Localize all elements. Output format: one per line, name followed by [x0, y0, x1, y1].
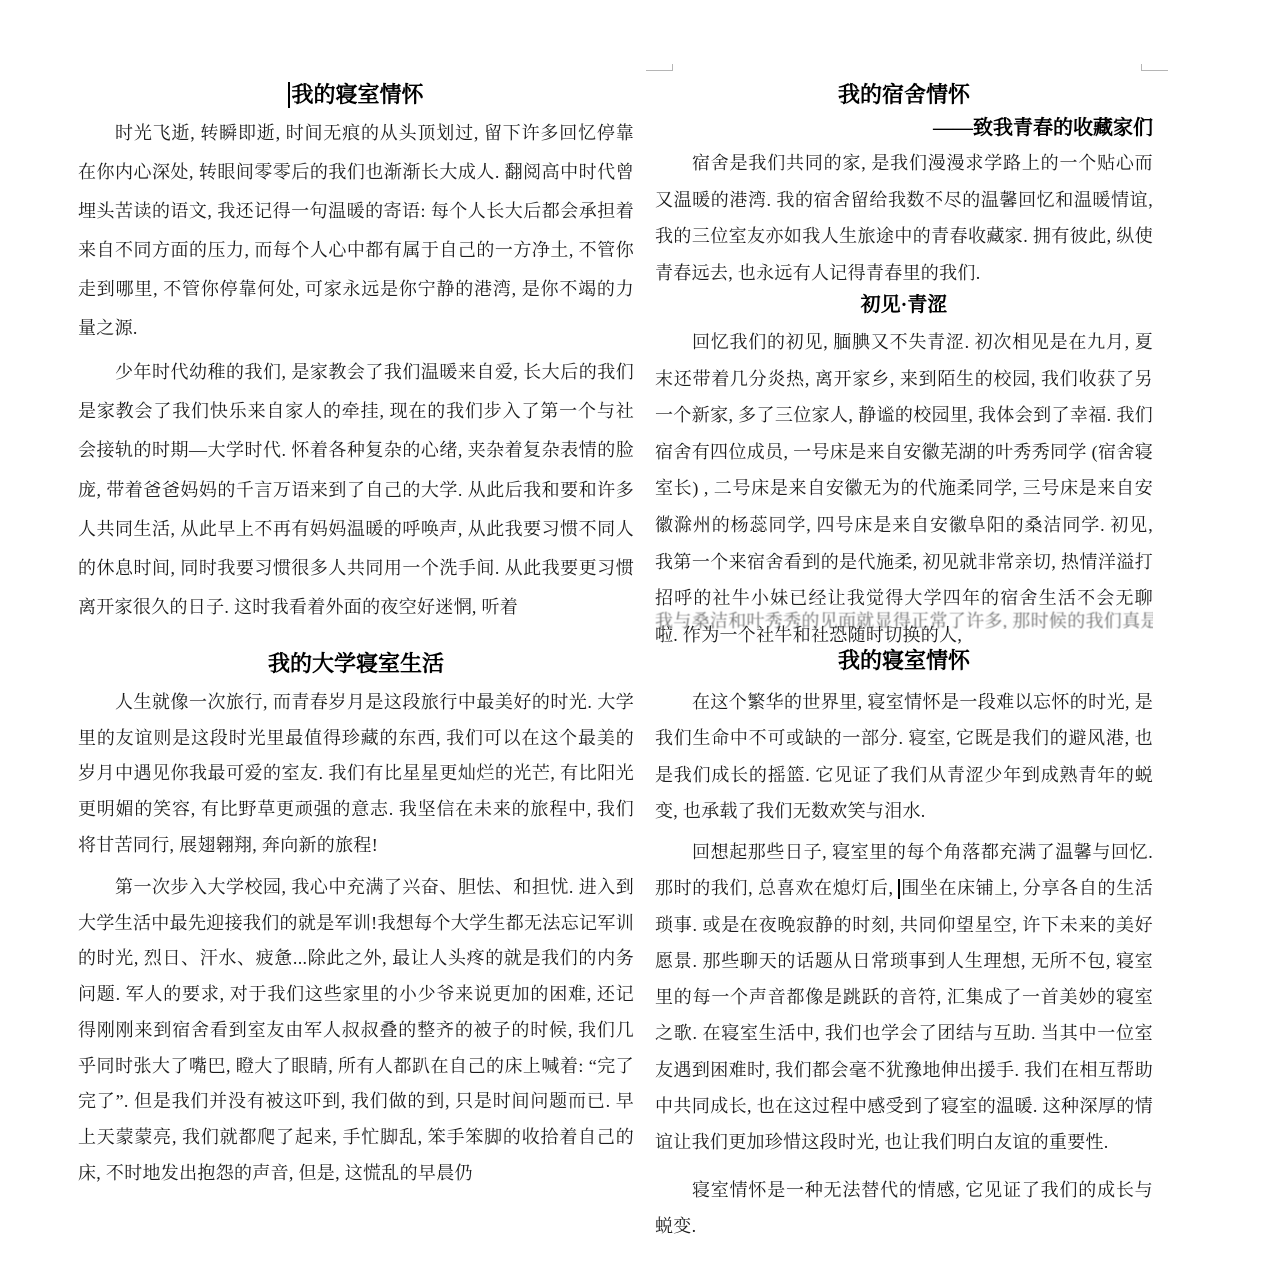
page3-paragraph-1[interactable]: 人生就像一次旅行, 而青春岁月是这段旅行中最美好的时光. 大学里的友谊则是这段时…: [78, 685, 634, 864]
page4-paragraph-3[interactable]: 寝室情怀是一种无法替代的情感, 它见证了我们的成长与蜕变.: [655, 1172, 1153, 1245]
page1-title-text: 我的寝室情怀: [291, 82, 423, 107]
page2-section-heading[interactable]: 初见·青涩: [655, 291, 1153, 319]
page1-title[interactable]: 我的寝室情怀: [78, 80, 634, 110]
document-canvas: 我的寝室情怀 时光飞逝, 转瞬即逝, 时间无痕的从头顶划过, 留下许多回忆停靠在…: [0, 0, 1269, 1269]
page2-clipped-line-text: 我与桑洁和叶秀秀的见面就显得正常了许多, 那时候的我们真是温柔: [655, 609, 1153, 629]
margin-corner-mark-right: [1141, 64, 1168, 71]
page4-paragraph-1[interactable]: 在这个繁华的世界里, 寝室情怀是一段难以忘怀的时光, 是我们生命中不可或缺的一部…: [655, 684, 1153, 829]
page3-title[interactable]: 我的大学寝室生活: [78, 649, 634, 679]
page2-title[interactable]: 我的宿舍情怀: [655, 80, 1153, 110]
page4-paragraph-2-after-cursor: 围坐在床铺上, 分享各自的生活琐事. 或是在夜晚寂静的时刻, 共同仰望星空, 许…: [655, 878, 1153, 1152]
page3-paragraph-2[interactable]: 第一次步入大学校园, 我心中充满了兴奋、胆怯、和担忧. 进入到大学生活中最先迎接…: [78, 870, 634, 1191]
margin-corner-mark-left: [646, 64, 673, 71]
page4-paragraph-2[interactable]: 回想起那些日子, 寝室里的每个角落都充满了温馨与回忆. 那时的我们, 总喜欢在熄…: [655, 834, 1153, 1161]
page1-paragraph-1[interactable]: 时光飞逝, 转瞬即逝, 时间无痕的从头顶划过, 留下许多回忆停靠在你内心深处, …: [78, 114, 634, 348]
page2-paragraph-1[interactable]: 宿舍是我们共同的家, 是我们漫漫求学路上的一个贴心而又温暖的港湾. 我的宿舍留给…: [655, 145, 1153, 291]
page2-subtitle[interactable]: ——致我青春的收藏家们: [655, 114, 1153, 142]
page2-paragraph-2[interactable]: 回忆我们的初见, 腼腆又不失青涩. 初次相见是在九月, 夏末还带着几分炎热, 离…: [655, 324, 1153, 653]
page1-paragraph-2[interactable]: 少年时代幼稚的我们, 是家教会了我们温暖来自爱, 长大后的我们是家教会了我们快乐…: [78, 353, 634, 627]
text-cursor: [898, 879, 900, 899]
page4-title[interactable]: 我的寝室情怀: [655, 646, 1153, 676]
page2-clipped-line: 我与桑洁和叶秀秀的见面就显得正常了许多, 那时候的我们真是温柔: [655, 609, 1153, 629]
